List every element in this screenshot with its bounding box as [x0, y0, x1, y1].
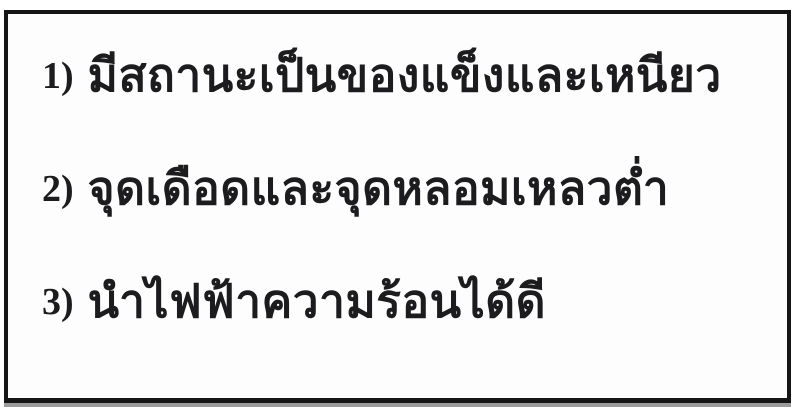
list-item: 2) จุดเดือดและจุดหลอมเหลวต่ำ: [42, 132, 777, 245]
list-item-number: 2): [42, 167, 74, 211]
list-item-text: นำไฟฟ้าความร้อนได้ดี: [88, 265, 546, 338]
list-item-number: 1): [42, 54, 74, 98]
page: 1) มีสถานะเป็นของแข็งและเหนียว 2) จุดเดื…: [0, 0, 800, 416]
list-item: 3) นำไฟฟ้าความร้อนได้ดี: [42, 245, 777, 358]
list-item-number: 3): [42, 280, 74, 324]
list-item: 1) มีสถานะเป็นของแข็งและเหนียว: [42, 19, 777, 132]
list-item-text: มีสถานะเป็นของแข็งและเหนียว: [88, 39, 722, 112]
list-item-text: จุดเดือดและจุดหลอมเหลวต่ำ: [88, 152, 670, 225]
properties-text-box: 1) มีสถานะเป็นของแข็งและเหนียว 2) จุดเดื…: [4, 10, 791, 403]
